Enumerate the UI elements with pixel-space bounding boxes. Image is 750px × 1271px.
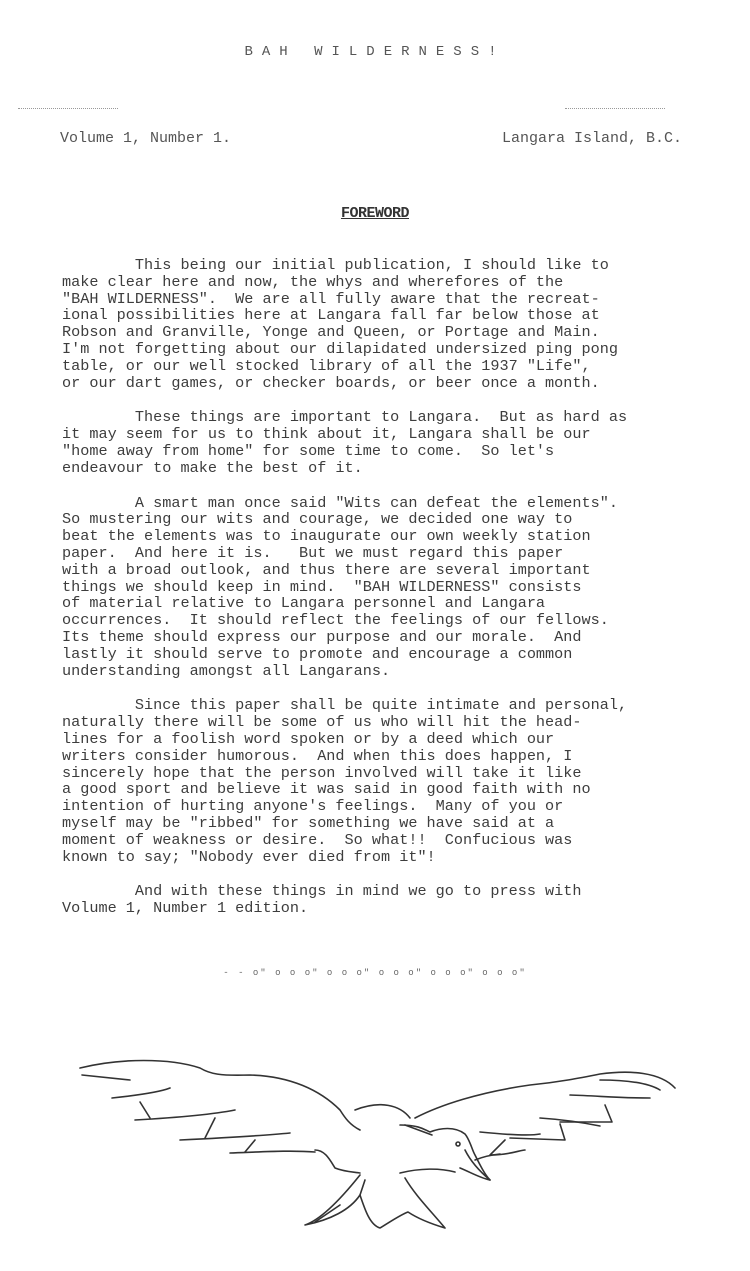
paragraph: Since this paper shall be quite intimate…: [62, 697, 702, 865]
volume-number: Volume 1, Number 1.: [60, 130, 231, 147]
foreword-body: This being our initial publication, I sh…: [62, 257, 702, 935]
paragraph: These things are important to Langara. B…: [62, 409, 702, 476]
location: Langara Island, B.C.: [502, 130, 682, 147]
newsletter-page: BAH WILDERNESS! Volume 1, Number 1. Lang…: [0, 0, 750, 1271]
paragraph: A smart man once said "Wits can defeat t…: [62, 495, 702, 680]
paragraph: And with these things in mind we go to p…: [62, 883, 702, 917]
top-rule-right: [565, 108, 665, 109]
section-title: FOREWORD: [0, 205, 750, 222]
separator-ornament: - - o" o o o" o o o" o o o" o o o" o o o…: [0, 968, 750, 978]
raven-icon: [60, 1000, 700, 1260]
masthead-title: BAH WILDERNESS!: [0, 44, 750, 60]
issue-line: Volume 1, Number 1. Langara Island, B.C.: [60, 130, 682, 147]
top-rule-left: [18, 108, 118, 109]
paragraph: This being our initial publication, I sh…: [62, 257, 702, 391]
